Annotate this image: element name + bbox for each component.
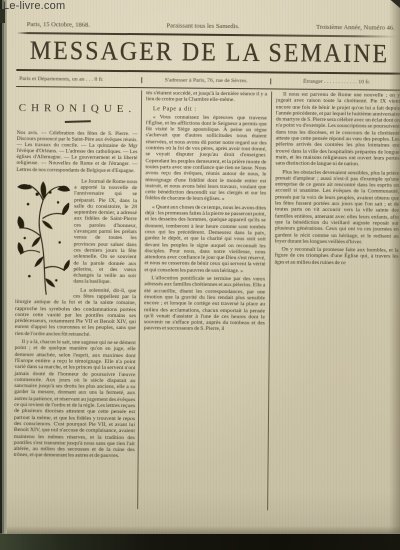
middle-paragraph: « Quant aux choses de ce temps, nous les… (144, 204, 266, 274)
newspaper-scan: Paris, 15 Octobre, 1868. Paraissant tous… (0, 0, 400, 550)
pape-a-dit-line: Le Pape a dit : (146, 106, 267, 113)
newspaper-title: MESSAGER DE LA SEMAINE (16, 37, 400, 70)
dateline-date: Paris, 15 Octobre, 1868. (27, 21, 90, 29)
left-paragraph: Il y a là, chacun le sait, une sagesse q… (14, 339, 136, 460)
middle-paragraph: L'allocution pontificale se termine par … (144, 275, 266, 333)
newspaper-page: Paris, 15 Octobre, 1868. Paraissant tous… (6, 0, 400, 535)
right-paragraph: Il nous est parvenu de Rome une nouvelle… (275, 91, 400, 168)
scan-right-shade (389, 0, 400, 535)
ornament-dash (64, 120, 90, 123)
right-paragraph: Plus les obstacles devenaient sensibles,… (275, 169, 400, 246)
middle-intro: tés s'étaient succédé, et jusqu'à la der… (146, 90, 267, 104)
dateline-issue: Troisième Année, Numéro 46. (316, 24, 395, 32)
column-right: Il nous est parvenu de Rome une nouvelle… (268, 91, 400, 511)
article-columns: CHRONIQUE. Nos avis. — Célébration des f… (12, 89, 400, 512)
page-content: Paris, 15 Octobre, 1868. Paraissant tous… (12, 0, 400, 521)
middle-paragraph: « Vous connaissez les épreuves que trave… (145, 114, 267, 203)
chronique-heading: CHRONIQUE. (17, 102, 138, 115)
dateline-row: Paris, 15 Octobre, 1868. Paraissant tous… (17, 0, 400, 32)
botanical-sprig-engraving-icon (15, 180, 71, 297)
scan-bottom-band (0, 534, 400, 550)
column-middle: tés s'étaient succédé, et jusqu'à la der… (137, 90, 272, 510)
right-paragraph: On y reconnaît la promesse faite aux hum… (274, 247, 398, 267)
chronique-sommaire: Nos avis. — Célébration des fêtes de S. … (16, 130, 137, 174)
subscription-address: S'adresser à Paris, 76, rue de Sèvres. (141, 77, 271, 84)
column-left: CHRONIQUE. Nos avis. — Célébration des f… (12, 89, 141, 509)
subscription-paris: Paris et Départements, un an . . . 8 fr. (16, 75, 141, 82)
subscription-etranger: Étranger . . . . . . . . . . . . 10 fr. (271, 78, 400, 85)
scan-left-edge (0, 0, 7, 535)
dateline-frequency: Paraissant tous les Samedis. (167, 22, 240, 30)
watermark-text: Le-livre.com (3, 0, 65, 12)
